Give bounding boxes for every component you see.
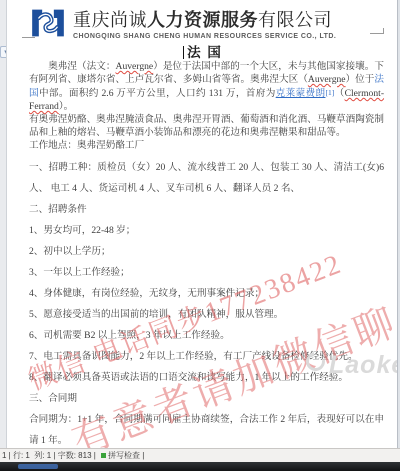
spellcheck-status-icon [101,453,106,458]
document-body: 奥弗涅（法文：Auvergne）是位于法国中部的一个大区，未与其他国家接壤。下有… [29,60,384,448]
taskbar[interactable] [0,462,400,471]
status-counts: 1 | 行: 1 列: 1 | 字数: 813 | [2,450,98,461]
reference-link[interactable]: [1] [325,88,334,97]
company-name-english: CHONGQING SHANG CHENG HUMAN RESOURCES SE… [73,33,336,40]
doc-paragraph: 一、招聘工种：质检员（女）20 人、流水线普工 20 人、包装工 30 人、清洁… [29,157,384,199]
doc-paragraph: 1、男女均可，22-48 岁； [29,220,384,241]
doc-paragraph: 3、一年以上工作经验； [29,262,384,283]
company-name: 重庆尚诚人力资源服务有限公司 [73,6,336,32]
products-paragraph: 有奥弗涅奶酪、奥弗涅腌渍食品、奥弗涅开胃酒、葡萄酒和消化酒、马鞭草酒陶瓷制品和上… [29,113,384,139]
screen: ▾ 重庆尚诚人力资源服务有限公司 CHONGQING SHANG CHENG H… [0,0,400,471]
doc-paragraph: 三、合同期 [29,388,384,409]
document-page: 重庆尚诚人力资源服务有限公司 CHONGQING SHANG CHENG HUM… [6,0,397,448]
doc-paragraph: 4、身体健康，有岗位经验，无纹身，无刑事案件记录； [29,283,384,304]
spellcheck-word: Auvergne [116,61,154,72]
letterhead: 重庆尚诚人力资源服务有限公司 CHONGQING SHANG CHENG HUM… [31,6,383,40]
doc-paragraph: 二、招聘条件 [29,199,384,220]
link-clermont-ferrand[interactable]: 克莱蒙费朗 [276,88,326,99]
document-title: 法 国 [7,41,397,61]
work-location-paragraph: 工作地点：奥弗涅奶酪工厂 [29,139,384,152]
doc-paragraph: 5、愿意接受适当的出国前的培训，有团队精神，服从管理。 [29,304,384,325]
spellcheck-status-label[interactable]: 拼写检查 [108,450,140,461]
doc-paragraph: 6、司机需要 B2 以上驾照，3 年以上工作经验。 [29,325,384,346]
text-cursor [183,46,184,59]
doc-paragraph: 7、电工需具备识图能力，2 年以上工作经验，有工厂产线设备检修经验优先。 [29,346,384,367]
taskbar-app-fragment [18,464,58,469]
intro-paragraph: 奥弗涅（法文：Auvergne）是位于法国中部的一个大区，未与其他国家接壤。下有… [29,60,384,113]
status-bar: 1 | 行: 1 列: 1 | 字数: 813 | 拼写检查 | [0,448,400,462]
doc-paragraph: 合同期为：1+1 年，合同期满可同雇主协商续签，合法工作 2 年后，表现好可以在… [29,409,384,448]
doc-paragraph: 2、初中以上学历； [29,241,384,262]
doc-paragraph: 8、翻译必须具备英语或法语的口语交流和读写能力，1 年以上的工作经验。 [29,367,384,388]
company-logo-icon [31,8,65,38]
spellcheck-word: Auvergne [308,74,346,85]
